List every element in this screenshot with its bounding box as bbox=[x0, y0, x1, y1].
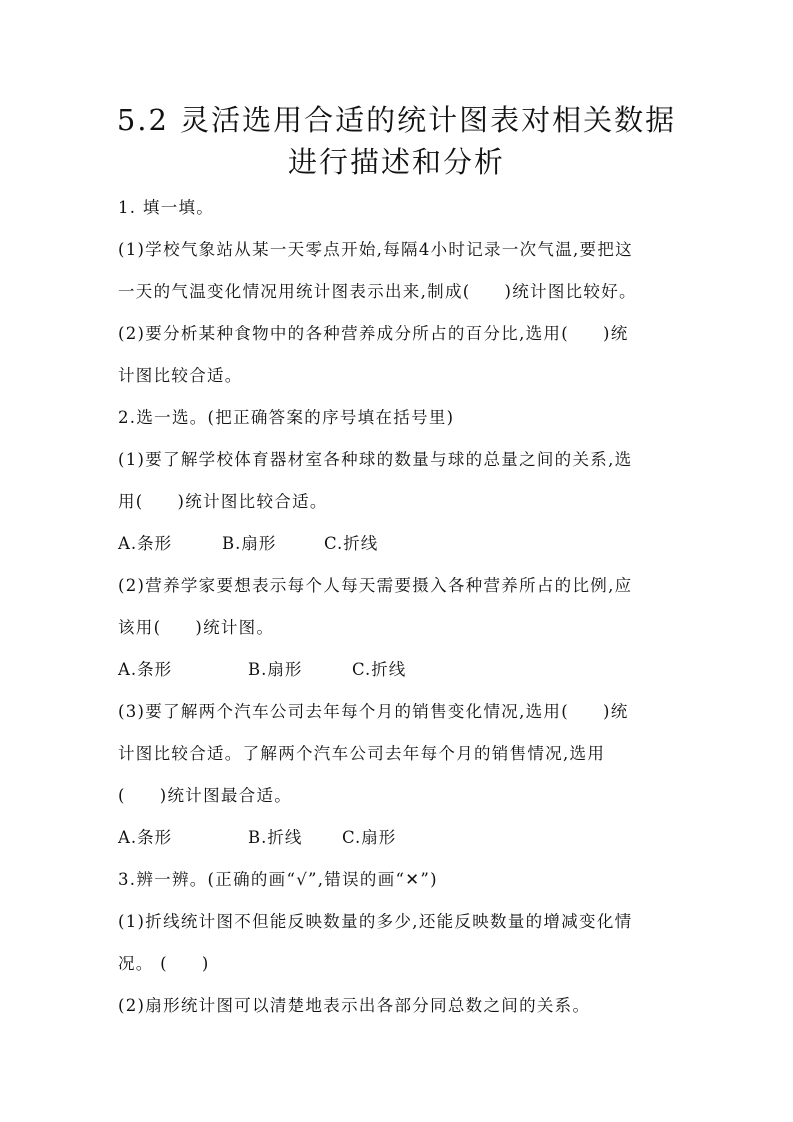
s3-q1-text-a: 况。 ( bbox=[118, 954, 168, 973]
s2-q1-option-a[interactable]: A.条形 bbox=[118, 532, 172, 556]
s2-q2-option-a[interactable]: A.条形 bbox=[118, 658, 172, 682]
s2-q1-text-a: 用( bbox=[118, 492, 144, 511]
s3-q1-line-2: 况。 () bbox=[118, 952, 678, 976]
s2-q2-option-c[interactable]: C.折线 bbox=[352, 658, 406, 682]
section-1-heading: 1. 填一填。 bbox=[118, 196, 678, 220]
s2-q2-text-b: )统计图。 bbox=[195, 618, 274, 637]
s2-q2-text-a: 该用( bbox=[118, 618, 161, 637]
s2-q3-line-1: (3)要了解两个汽车公司去年每个月的销售变化情况,选用()统 bbox=[118, 700, 678, 724]
s2-q3-option-c[interactable]: C.扇形 bbox=[342, 826, 396, 850]
s2-q1-line-2: 用()统计图比较合适。 bbox=[118, 490, 678, 514]
s3-q1-line-1: (1)折线统计图不但能反映数量的多少,还能反映数量的增减变化情 bbox=[118, 910, 678, 934]
s3-q1-text-b: ) bbox=[202, 954, 210, 973]
s1-q1-text-a: 一天的气温变化情况用统计图表示出来,制成( bbox=[118, 282, 470, 301]
worksheet-page: 5.2 灵活选用合适的统计图表对相关数据 进行描述和分析 1. 填一填。 (1)… bbox=[0, 0, 793, 1122]
s2-q1-line-1: (1)要了解学校体育器材室各种球的数量与球的总量之间的关系,选 bbox=[118, 448, 678, 472]
s2-q2-option-b[interactable]: B.扇形 bbox=[248, 658, 302, 682]
s1-q1-text-b: )统计图比较好。 bbox=[504, 282, 636, 301]
s1-q2-line-2: 计图比较合适。 bbox=[118, 364, 678, 388]
s2-q3-text-b: )统 bbox=[603, 702, 629, 721]
s2-q3-option-b[interactable]: B.折线 bbox=[248, 826, 302, 850]
s2-q1-text-b: )统计图比较合适。 bbox=[178, 492, 328, 511]
s1-q2-text-a: (2)要分析某种食物中的各种营养成分所占的百分比,选用( bbox=[118, 324, 569, 343]
s2-q1-option-b[interactable]: B.扇形 bbox=[222, 532, 276, 556]
s2-q3-text-a: (3)要了解两个汽车公司去年每个月的销售变化情况,选用( bbox=[118, 702, 569, 721]
s2-q3-text-c: ( bbox=[118, 786, 126, 805]
s1-q1-line-2: 一天的气温变化情况用统计图表示出来,制成()统计图比较好。 bbox=[118, 280, 678, 304]
s2-q1-option-c[interactable]: C.折线 bbox=[324, 532, 378, 556]
section-3-heading: 3.辨一辨。(正确的画“√”,错误的画“✕”) bbox=[118, 868, 678, 892]
s2-q3-option-a[interactable]: A.条形 bbox=[118, 826, 172, 850]
s3-q2-line-1: (2)扇形统计图可以清楚地表示出各部分同总数之间的关系。 bbox=[118, 994, 678, 1018]
s2-q3-line-2: 计图比较合适。了解两个汽车公司去年每个月的销售情况,选用 bbox=[118, 742, 678, 766]
s2-q2-line-2: 该用()统计图。 bbox=[118, 616, 678, 640]
s1-q2-line-1: (2)要分析某种食物中的各种营养成分所占的百分比,选用()统 bbox=[118, 322, 678, 346]
s2-q2-line-1: (2)营养学家要想表示每个人每天需要摄入各种营养所占的比例,应 bbox=[118, 574, 678, 598]
s2-q3-line-3: ()统计图最合适。 bbox=[118, 784, 678, 808]
page-title-line-2: 进行描述和分析 bbox=[0, 140, 793, 181]
s1-q2-text-b: )统 bbox=[603, 324, 629, 343]
s1-q1-line-1: (1)学校气象站从某一天零点开始,每隔4小时记录一次气温,要把这 bbox=[118, 238, 678, 262]
s2-q3-text-d: )统计图最合适。 bbox=[160, 786, 292, 805]
section-2-heading: 2.选一选。(把正确答案的序号填在括号里) bbox=[118, 406, 678, 430]
page-title-line-1: 5.2 灵活选用合适的统计图表对相关数据 bbox=[0, 98, 793, 139]
